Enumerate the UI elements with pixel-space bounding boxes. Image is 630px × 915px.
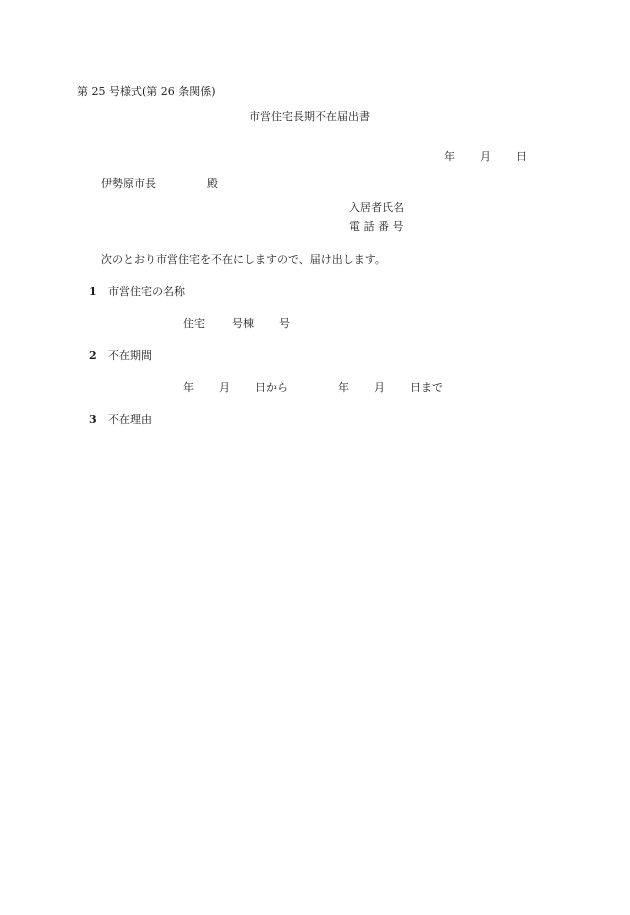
intro-text: 次のとおり市営住宅を不在にしますので、届け出します。 (101, 253, 386, 267)
from-month-label: 月 (219, 381, 230, 395)
section-number: 1 (89, 285, 97, 299)
date-year-label: 年 (444, 150, 455, 164)
building-number-field-label: 号棟 (232, 317, 254, 331)
form-number: 第 25 号様式(第 26 条関係) (77, 85, 216, 99)
document-page: 第 25 号様式(第 26 条関係) 市営住宅長期不在届出書 年 月 日 伊勢原… (0, 0, 630, 915)
from-day-label: 日から (255, 381, 288, 395)
date-day-label: 日 (516, 150, 527, 164)
applicant-name-label: 入居者氏名 (349, 201, 404, 215)
applicant-phone-label: 電 話 番 号 (349, 220, 404, 234)
date-month-label: 月 (480, 150, 491, 164)
to-month-label: 月 (374, 381, 385, 395)
room-number-field-label: 号 (279, 317, 290, 331)
section-number: 3 (89, 413, 97, 427)
to-day-label: 日まで (410, 381, 443, 395)
section-number: 2 (89, 349, 97, 363)
document-title: 市営住宅長期不在届出書 (249, 110, 370, 124)
housing-name-field-label: 住宅 (183, 317, 205, 331)
section-heading: 不在期間 (108, 349, 152, 363)
addressee-honorific: 殿 (207, 177, 218, 191)
from-year-label: 年 (183, 381, 194, 395)
addressee-name: 伊勢原市長 (101, 177, 156, 191)
section-heading: 市営住宅の名称 (108, 285, 185, 299)
to-year-label: 年 (338, 381, 349, 395)
section-heading: 不在理由 (108, 413, 152, 427)
